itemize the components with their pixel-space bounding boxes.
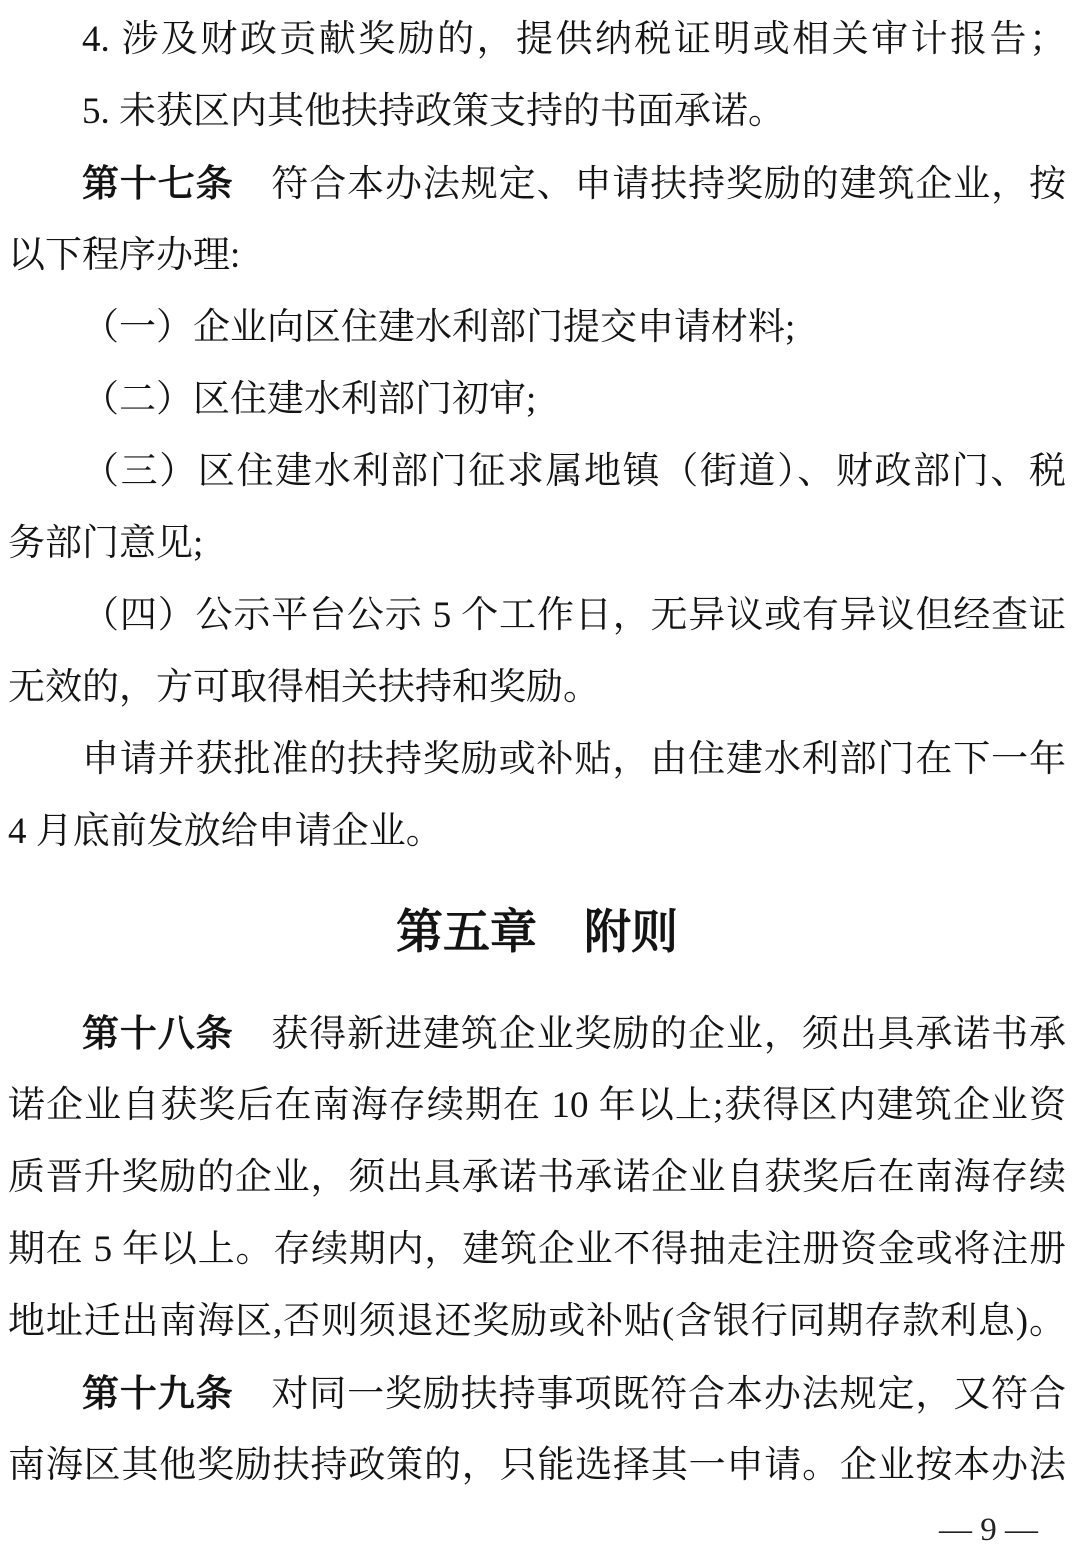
text-line: 地址迁出南海区,否则须退还奖励或补贴(含银行同期存款利息)。 [8, 1286, 1066, 1358]
text-segment: 符合本办法规定、申请扶持奖励的建筑企业，按 [234, 164, 1066, 205]
text-segment: 获得新进建筑企业奖励的企业，须出具承诺书承 [234, 1014, 1066, 1055]
text-line: 申请并获批准的扶持奖励或补贴，由住建水利部门在下一年 [8, 724, 1066, 796]
text-line: 质晋升奖励的企业，须出具承诺书承诺企业自获奖后在南海存续 [8, 1142, 1066, 1214]
text-line: 第十八条 获得新进建筑企业奖励的企业，须出具承诺书承 [8, 998, 1066, 1070]
text-line: 4. 涉及财政贡献奖励的，提供纳税证明或相关审计报告； [8, 4, 1066, 76]
text-line: （四）公示平台公示 5 个工作日，无异议或有异议但经查证 [8, 580, 1066, 652]
text-line: 以下程序办理: [8, 220, 1066, 292]
text-line: 诺企业自获奖后在南海存续期在 10 年以上;获得区内建筑企业资 [8, 1070, 1066, 1142]
text-line: 务部门意见; [8, 508, 1066, 580]
chapter-heading: 第五章 附则 [8, 868, 1066, 998]
text-line: （三）区住建水利部门征求属地镇（街道）、财政部门、税 [8, 436, 1066, 508]
text-line: 无效的，方可取得相关扶持和奖励。 [8, 652, 1066, 724]
document-page: 4. 涉及财政贡献奖励的，提供纳税证明或相关审计报告； 5. 未获区内其他扶持政… [0, 0, 1080, 1558]
text-line: 4 月底前发放给申请企业。 [8, 796, 1066, 868]
article-number: 第十八条 [82, 1013, 234, 1054]
page-number: — 9 — [8, 1502, 1066, 1558]
article-number: 第十七条 [82, 163, 234, 204]
text-line: （二）区住建水利部门初审; [8, 364, 1066, 436]
text-line: 南海区其他奖励扶持政策的，只能选择其一申请。企业按本办法 [8, 1430, 1066, 1502]
article-number: 第十九条 [82, 1373, 234, 1414]
text-line: 第十九条 对同一奖励扶持事项既符合本办法规定，又符合 [8, 1358, 1066, 1430]
text-line: 第十七条 符合本办法规定、申请扶持奖励的建筑企业，按 [8, 148, 1066, 220]
text-line: 5. 未获区内其他扶持政策支持的书面承诺。 [8, 76, 1066, 148]
text-line: 期在 5 年以上。存续期内，建筑企业不得抽走注册资金或将注册 [8, 1214, 1066, 1286]
text-line: （一）企业向区住建水利部门提交申请材料; [8, 292, 1066, 364]
text-segment: 对同一奖励扶持事项既符合本办法规定，又符合 [234, 1374, 1066, 1415]
